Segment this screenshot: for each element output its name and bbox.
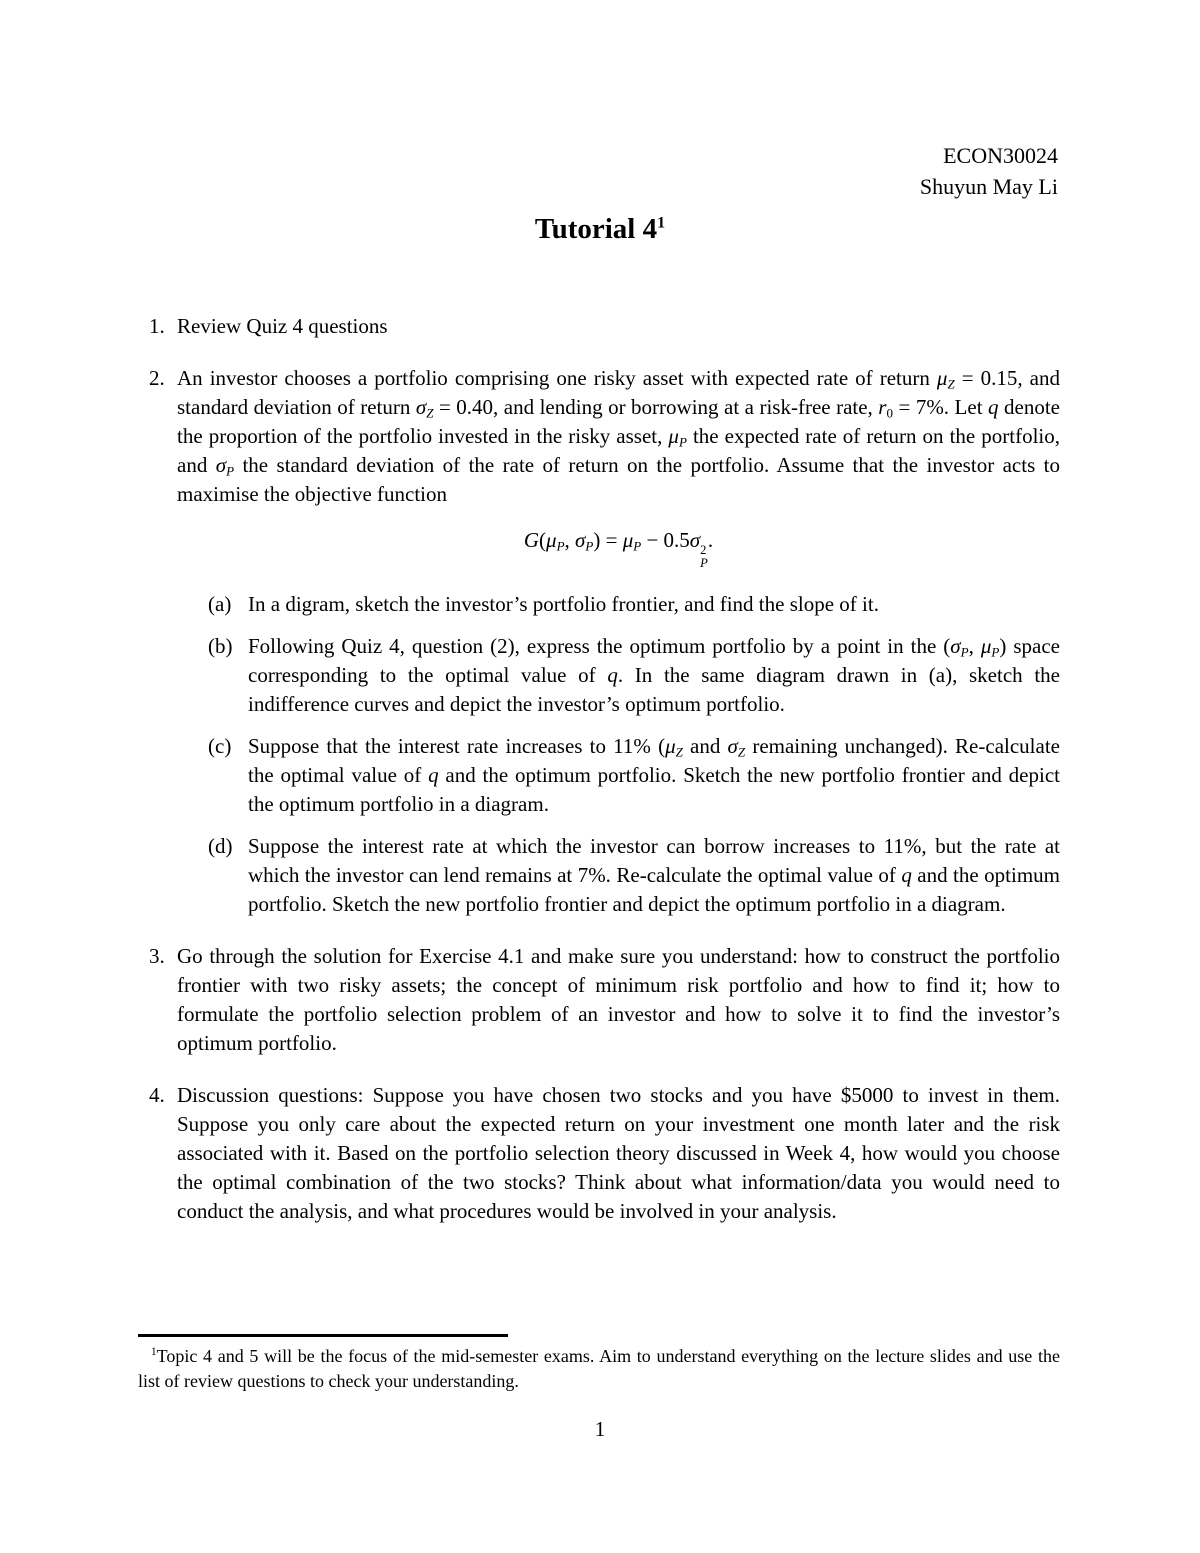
sub-item-b: (b) Following Quiz 4, question (2), expr…	[177, 632, 1060, 719]
page-title: Tutorial 41	[0, 213, 1200, 246]
text-run: = 0.40, and lending or borrowing at a ri…	[433, 395, 878, 419]
math-G-symbol: G	[524, 528, 539, 552]
footnote-block: 1Topic 4 and 5 will be the focus of the …	[138, 1334, 1060, 1394]
footnote-body: Topic 4 and 5 will be the focus of the m…	[138, 1346, 1060, 1391]
list-item-3: 3. Go through the solution for Exercise …	[140, 942, 1060, 1058]
math-mu-symbol: μ	[623, 528, 634, 552]
math-q-symbol: q	[901, 863, 912, 887]
sub-item-label: (d)	[208, 832, 233, 861]
math-period: .	[708, 528, 713, 552]
footnote-rule	[138, 1334, 508, 1337]
document-header: ECON30024 Shuyun May Li	[0, 140, 1058, 202]
math-mu-symbol: μ	[937, 366, 948, 390]
sub-item-d: (d) Suppose the interest rate at which t…	[177, 832, 1060, 919]
item-4-text: Discussion questions: Suppose you have c…	[177, 1081, 1060, 1226]
text-run: ,	[969, 634, 981, 658]
math-sigma-symbol: σ	[690, 528, 700, 552]
text-run: the standard deviation of the rate of re…	[177, 453, 1060, 506]
math-mu-symbol: μ	[981, 634, 992, 658]
sub-item-label: (b)	[208, 632, 233, 661]
text-run: Following Quiz 4, question (2), express …	[248, 634, 950, 658]
text-run: and	[683, 734, 728, 758]
sub-item-d-text: Suppose the interest rate at which the i…	[248, 832, 1060, 919]
list-item-2: 2. An investor chooses a portfolio compr…	[140, 364, 1060, 919]
math-subscript: P	[633, 538, 641, 553]
list-item-4: 4. Discussion questions: Suppose you hav…	[140, 1081, 1060, 1226]
item-1-text: Review Quiz 4 questions	[177, 312, 1060, 341]
sub-item-c: (c) Suppose that the interest rate incre…	[177, 732, 1060, 819]
page-number: 1	[0, 1417, 1200, 1442]
math-subscript: P	[679, 434, 687, 449]
sub-item-label: (a)	[208, 590, 231, 619]
author-name: Shuyun May Li	[0, 171, 1058, 202]
math-subscript: P	[226, 463, 234, 478]
objective-function-formula: G(μP, σP) = μP − 0.5σ2P.	[177, 526, 1060, 570]
item-3-text: Go through the solution for Exercise 4.1…	[177, 942, 1060, 1058]
sub-item-label: (c)	[208, 732, 231, 761]
document-body: 1. Review Quiz 4 questions 2. An investo…	[140, 312, 1060, 1249]
math-paren: (	[539, 528, 546, 552]
math-q-symbol: q	[607, 663, 618, 687]
list-item-1: 1. Review Quiz 4 questions	[140, 312, 1060, 341]
sub-item-a: (a) In a digram, sketch the investor’s p…	[177, 590, 1060, 619]
title-footnote-mark: 1	[657, 214, 665, 231]
item-number: 4.	[149, 1081, 165, 1110]
math-equals: ) =	[593, 528, 622, 552]
math-subscript: Z	[676, 745, 683, 760]
text-run: = 7%. Let	[893, 395, 988, 419]
item-number: 3.	[149, 942, 165, 971]
math-sigma-symbol: σ	[575, 528, 585, 552]
text-run: Suppose that the interest rate increases…	[248, 734, 665, 758]
math-sigma-symbol: σ	[416, 395, 426, 419]
item-2-paragraph: An investor chooses a portfolio comprisi…	[177, 364, 1060, 509]
sub-item-c-text: Suppose that the interest rate increases…	[248, 732, 1060, 819]
math-subscript: P	[961, 645, 969, 660]
math-subscript: P	[557, 538, 565, 553]
math-q-symbol: q	[988, 395, 999, 419]
math-sup-sub-stack: 2P	[700, 544, 708, 570]
footnote-text: 1Topic 4 and 5 will be the focus of the …	[138, 1344, 1060, 1394]
math-mu-symbol: μ	[665, 734, 676, 758]
item-number: 2.	[149, 364, 165, 393]
math-comma: ,	[565, 528, 576, 552]
math-sigma-symbol: σ	[728, 734, 738, 758]
math-subscript: Z	[947, 376, 954, 391]
math-sigma-symbol: σ	[216, 453, 226, 477]
math-sigma-symbol: σ	[950, 634, 960, 658]
math-subscript: P	[700, 557, 708, 570]
sub-item-a-text: In a digram, sketch the investor’s portf…	[248, 590, 1060, 619]
text-run: An investor chooses a portfolio comprisi…	[177, 366, 937, 390]
math-mu-symbol: μ	[546, 528, 557, 552]
document-page: ECON30024 Shuyun May Li Tutorial 41 1. R…	[0, 0, 1200, 1553]
sub-item-b-text: Following Quiz 4, question (2), express …	[248, 632, 1060, 719]
item-number: 1.	[149, 312, 165, 341]
course-code: ECON30024	[0, 140, 1058, 171]
math-minus-term: − 0.5	[641, 528, 690, 552]
math-mu-symbol: μ	[668, 424, 679, 448]
title-text: Tutorial 4	[535, 213, 657, 245]
math-q-symbol: q	[428, 763, 439, 787]
